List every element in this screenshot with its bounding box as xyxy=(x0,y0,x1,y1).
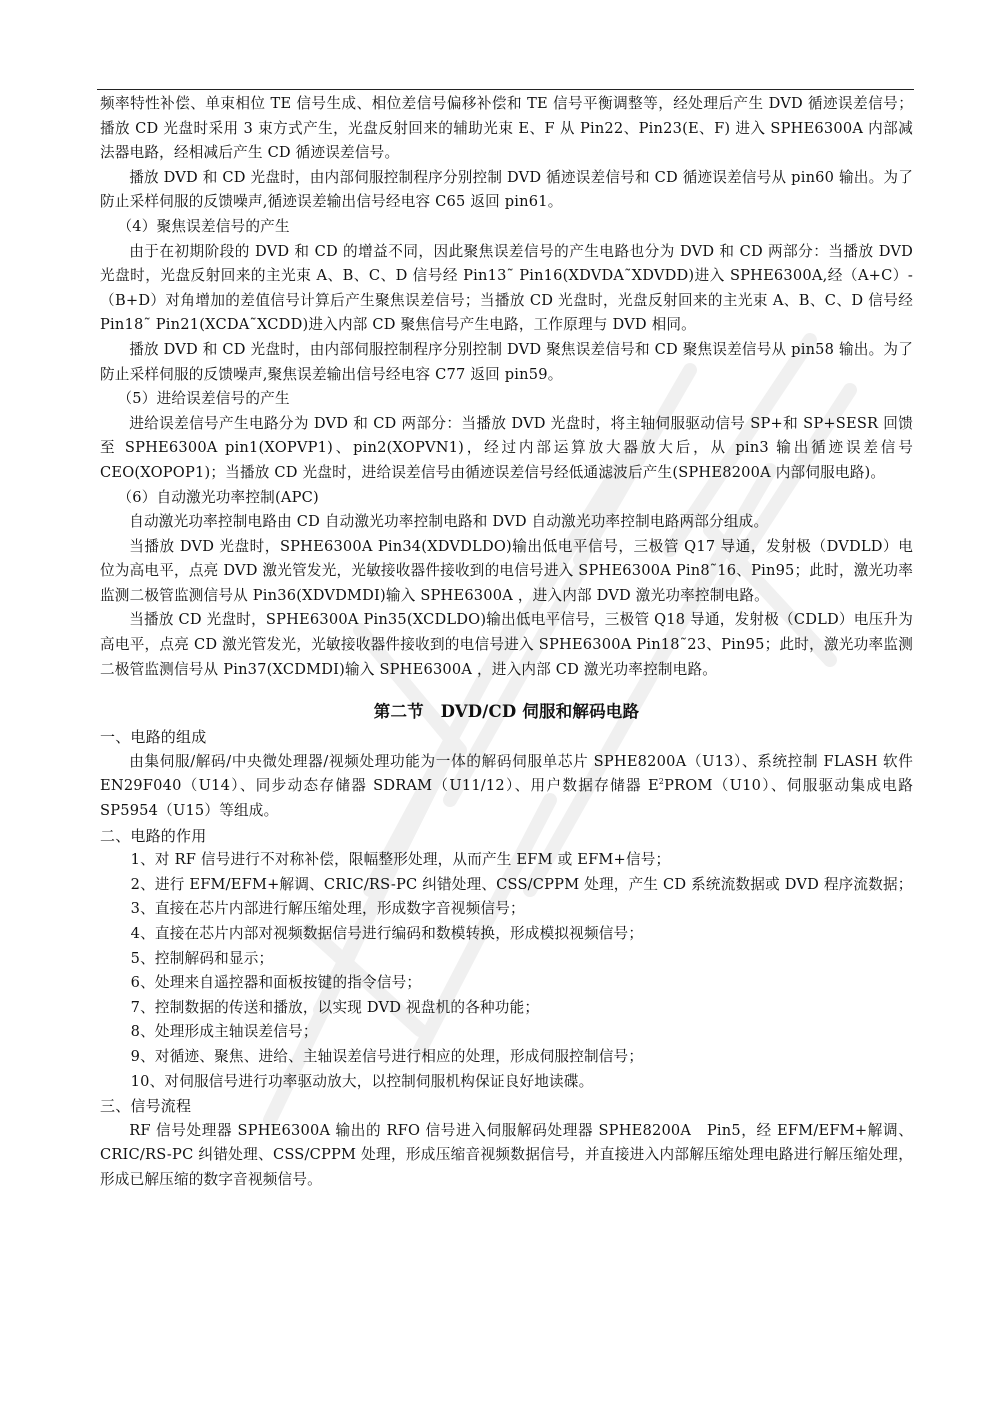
document-body: 频率特性补偿、单束相位 TE 信号生成、相位差信号偏移补偿和 TE 信号平衡调整… xyxy=(100,92,913,1193)
list-item: 1、对 RF 信号进行不对称补偿，限幅整形处理，从而产生 EFM 或 EFM+信… xyxy=(100,848,913,873)
paragraph-signal-flow: RF 信号处理器 SPHE6300A 输出的 RFO 信号进入伺服解码处理器 S… xyxy=(100,1119,913,1193)
list-item: 9、对循迹、聚焦、进给、主轴误差信号进行相应的处理，形成伺服控制信号； xyxy=(100,1045,913,1070)
paragraph-apc-cd: 当播放 CD 光盘时，SPHE6300A Pin35(XCDLDO)输出低电平信… xyxy=(100,608,913,682)
paragraph-focus-output: 播放 DVD 和 CD 光盘时，由内部伺服控制程序分别控制 DVD 聚焦误差信号… xyxy=(100,338,913,387)
list-item: 7、控制数据的传送和播放，以实现 DVD 视盘机的各种功能； xyxy=(100,996,913,1021)
paragraph-apc-intro: 自动激光功率控制电路由 CD 自动激光功率控制电路和 DVD 自动激光功率控制电… xyxy=(100,510,913,535)
paragraph-apc-dvd: 当播放 DVD 光盘时，SPHE6300A Pin34(XDVDLDO)输出低电… xyxy=(100,535,913,609)
paragraph-tracking-output: 播放 DVD 和 CD 光盘时，由内部伺服控制程序分别控制 DVD 循迹误差信号… xyxy=(100,166,913,215)
list-item: 8、处理形成主轴误差信号； xyxy=(100,1020,913,1045)
paragraph-tracking-continuation: 频率特性补偿、单束相位 TE 信号生成、相位差信号偏移补偿和 TE 信号平衡调整… xyxy=(100,92,913,166)
paragraph-feed-error: 进给误差信号产生电路分为 DVD 和 CD 两部分：当播放 DVD 光盘时，将主… xyxy=(100,412,913,486)
heading-signal-flow: 三、信号流程 xyxy=(100,1094,913,1119)
list-item: 10、对伺服信号进行功率驱动放大，以控制伺服机构保证良好地读碟。 xyxy=(100,1070,913,1095)
section-title: 第二节 DVD/CD 伺服和解码电路 xyxy=(100,682,913,725)
list-item: 2、进行 EFM/EFM+解调、CRIC/RS-PC 纠错处理、CSS/CPPM… xyxy=(100,873,913,898)
paragraph-focus-error: 由于在初期阶段的 DVD 和 CD 的增益不同，因此聚焦误差信号的产生电路也分为… xyxy=(100,240,913,338)
subheading-apc: （6）自动激光功率控制(APC) xyxy=(100,486,913,511)
list-item: 4、直接在芯片内部对视频数据信号进行编码和数模转换，形成模拟视频信号； xyxy=(100,922,913,947)
heading-function: 二、电路的作用 xyxy=(100,824,913,849)
paragraph-composition: 由集伺服/解码/中央微处理器/视频处理功能为一体的解码伺服单芯片 SPHE820… xyxy=(100,750,913,824)
list-item: 3、直接在芯片内部进行解压缩处理，形成数字音视频信号； xyxy=(100,897,913,922)
subheading-focus-error: （4）聚焦误差信号的产生 xyxy=(100,215,913,240)
subheading-feed-error: （5）进给误差信号的产生 xyxy=(100,387,913,412)
heading-composition: 一、电路的组成 xyxy=(100,725,913,750)
header-rule xyxy=(97,89,914,90)
list-item: 5、控制解码和显示； xyxy=(100,947,913,972)
list-item: 6、处理来自遥控器和面板按键的指令信号； xyxy=(100,971,913,996)
